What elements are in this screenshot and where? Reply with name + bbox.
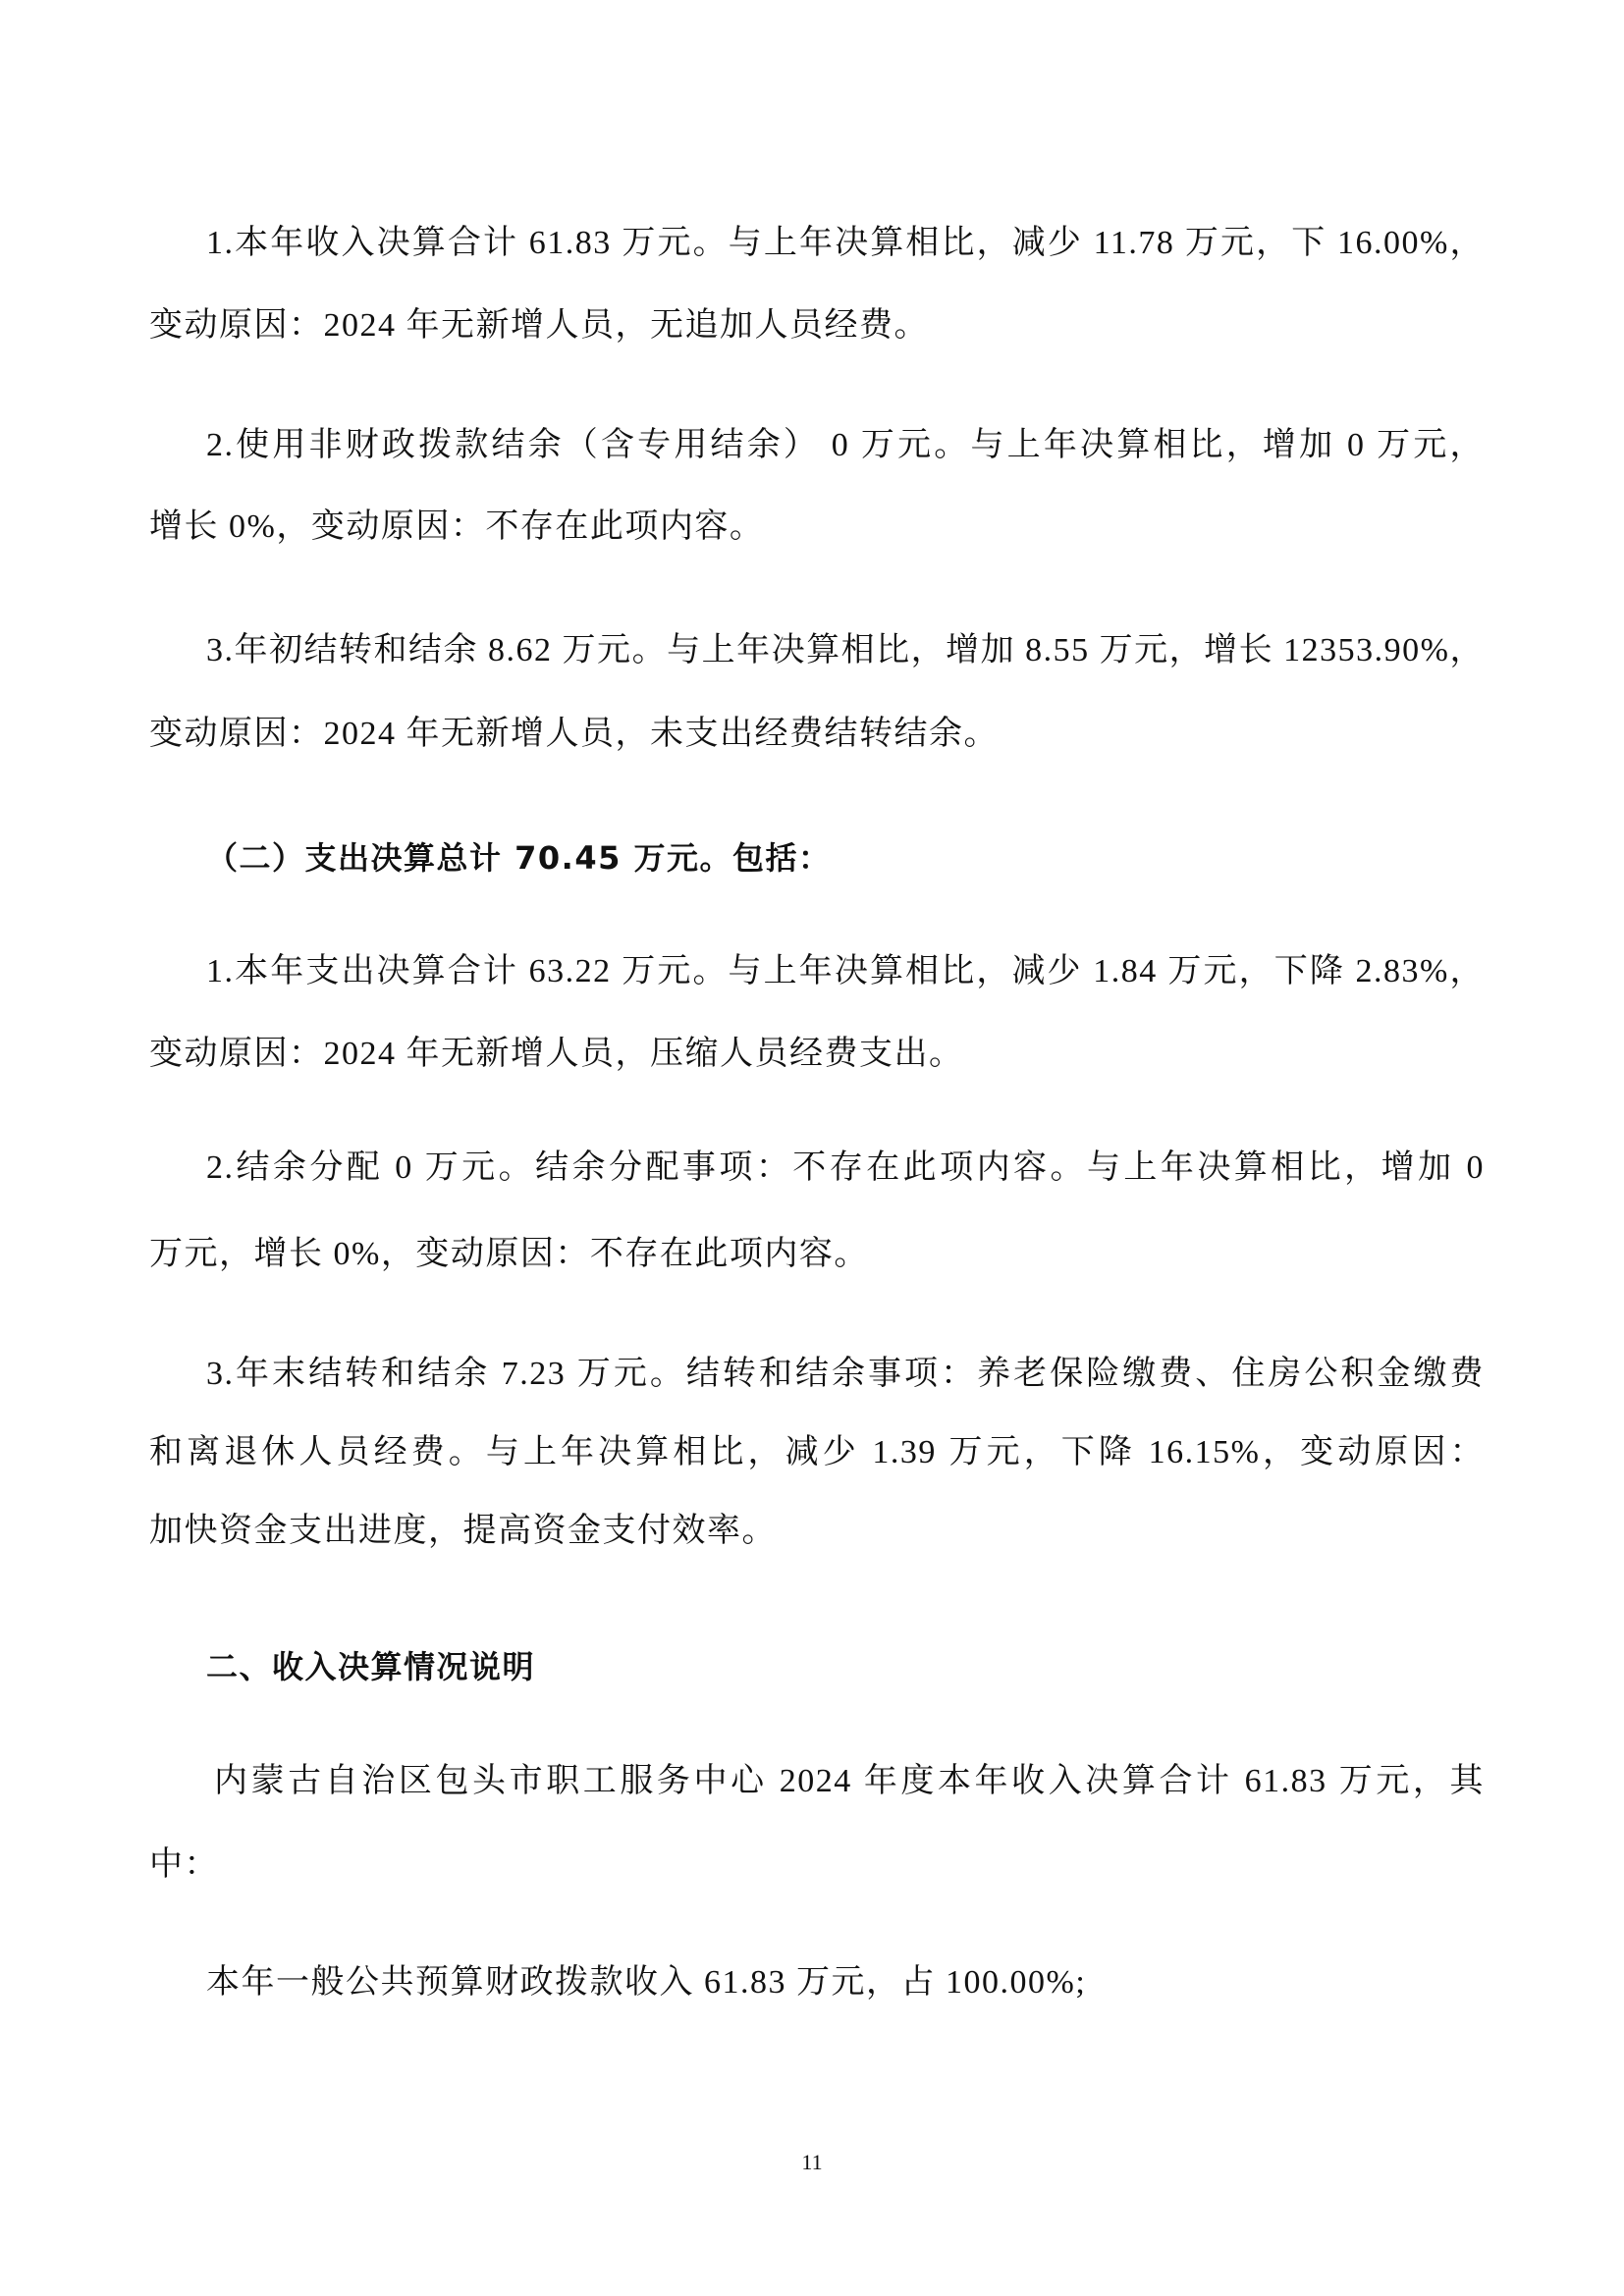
income-item-3-line-2: 变动原因：2024 年无新增人员，未支出经费结转结余。 — [149, 715, 1485, 754]
expense-item-1-line-1: 1.本年支出决算合计 63.22 万元。与上年决算相比，减少 1.84 万元，下… — [206, 952, 1485, 991]
expense-item-3-line-3: 加快资金支出进度，提高资金支付效率。 — [149, 1512, 1485, 1551]
page-number: 11 — [0, 2150, 1624, 2175]
income-item-2-line-2: 增长 0%，变动原因：不存在此项内容。 — [149, 507, 1485, 547]
income-item-3-line-1: 3.年初结转和结余 8.62 万元。与上年决算相比，增加 8.55 万元，增长 … — [206, 631, 1485, 670]
expense-item-1-line-2: 变动原因：2024 年无新增人员，压缩人员经费支出。 — [149, 1035, 1485, 1074]
section-item: 本年一般公共预算财政拨款收入 61.83 万元，占 100.00%; — [206, 1963, 1485, 2002]
expense-item-2-line-2: 万元，增长 0%，变动原因：不存在此项内容。 — [149, 1235, 1485, 1274]
section-intro-line-2: 中： — [149, 1845, 1485, 1885]
section-heading: 二、收入决算情况说明 — [206, 1647, 1485, 1686]
income-item-1-line-1: 1.本年收入决算合计 61.83 万元。与上年决算相比，减少 11.78 万元，… — [206, 224, 1485, 263]
income-item-2-line-1: 2.使用非财政拨款结余（含专用结余） 0 万元。与上年决算相比，增加 0 万元， — [206, 426, 1485, 465]
expense-heading: （二）支出决算总计 70.45 万元。包括： — [206, 838, 1485, 878]
income-item-1-line-2: 变动原因：2024 年无新增人员，无追加人员经费。 — [149, 306, 1485, 346]
expense-item-3-line-1: 3.年末结转和结余 7.23 万元。结转和结余事项：养老保险缴费、住房公积金缴费 — [206, 1355, 1485, 1394]
expense-item-3-line-2: 和离退休人员经费。与上年决算相比，减少 1.39 万元，下降 16.15%，变动… — [149, 1433, 1485, 1472]
section-intro-line-1: 内蒙古自治区包头市职工服务中心 2024 年度本年收入决算合计 61.83 万元… — [214, 1762, 1485, 1801]
expense-item-2-line-1: 2.结余分配 0 万元。结余分配事项：不存在此项内容。与上年决算相比，增加 0 — [206, 1148, 1485, 1188]
